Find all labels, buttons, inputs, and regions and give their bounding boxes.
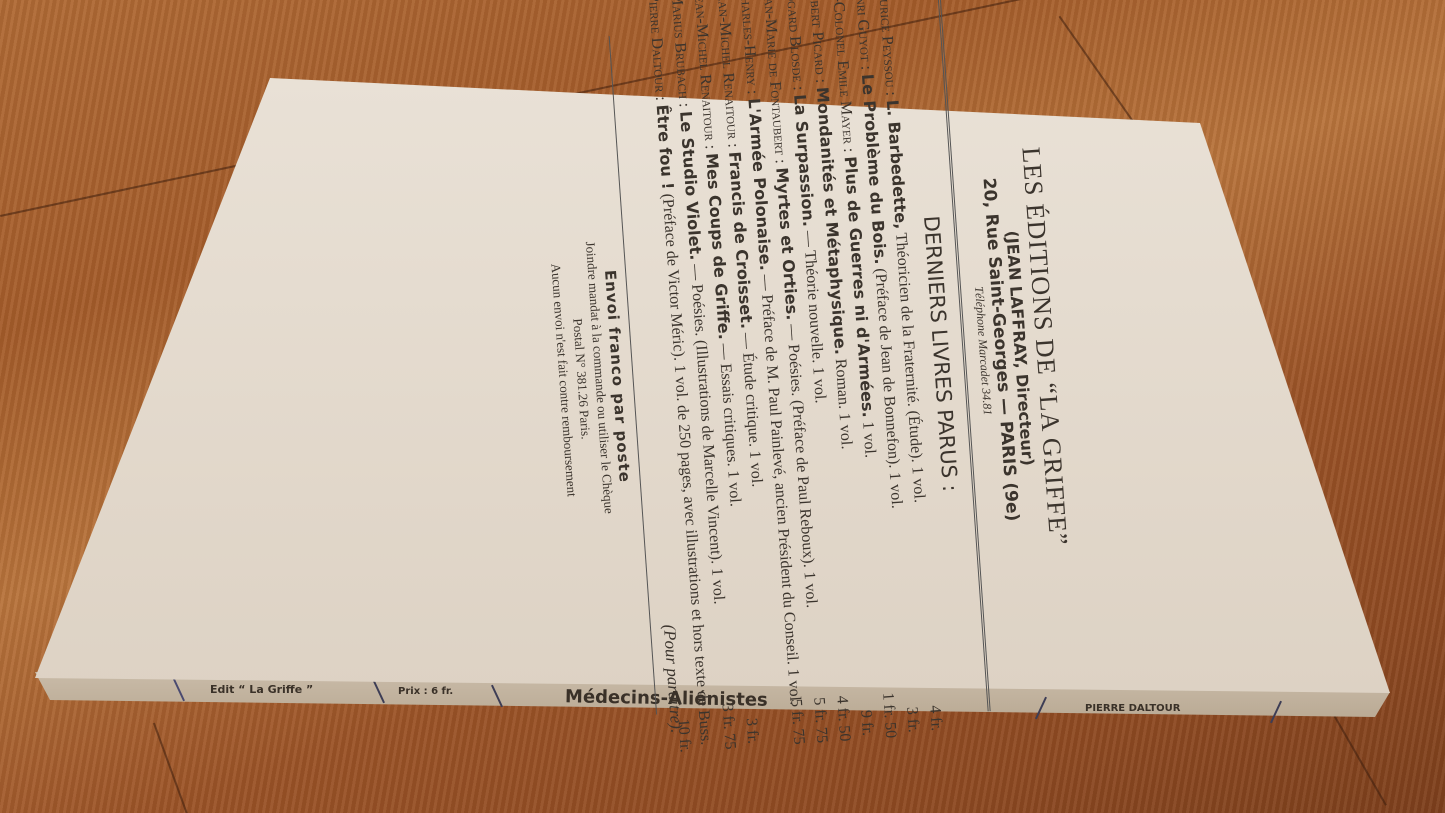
book-price: 3 fr. bbox=[902, 722, 924, 737]
book-price: 3 fr. bbox=[742, 733, 764, 748]
book-price: 1 fr. 50 bbox=[878, 708, 901, 739]
book-price: 4 fr. 50 bbox=[832, 711, 855, 742]
book-price: 3 fr. 75 bbox=[718, 719, 741, 750]
book-author: Charles-Henry : bbox=[737, 0, 762, 95]
book-description: Roman. 1 vol. bbox=[832, 358, 855, 450]
book-author: Edgard Blosde : bbox=[782, 0, 806, 91]
book-price: 5 fr. 75 bbox=[809, 713, 832, 744]
spine-price: Prix : 6 fr. bbox=[398, 686, 453, 697]
book-author: Henri Guyot : bbox=[851, 0, 874, 71]
spine-author: PIERRE DALTOUR bbox=[1085, 703, 1181, 714]
book-author: Robert Picard : bbox=[805, 0, 829, 84]
book-price: 10 fr. bbox=[674, 734, 696, 753]
book-author: Pierre Daltour : bbox=[645, 0, 669, 101]
spine-publisher: Edit “ La Griffe ” bbox=[210, 683, 313, 696]
book-description: 1 vol. bbox=[859, 421, 879, 459]
book: Edit “ La Griffe ” Prix : 6 fr. Médecins… bbox=[0, 0, 1445, 813]
book-price: 5 fr. 75 bbox=[786, 714, 809, 745]
book-price: 9 fr. bbox=[856, 725, 878, 740]
cover-text-block: LES ÉDITIONS DE “LA GRIFFE” (JEAN LAFFRA… bbox=[474, 0, 1086, 764]
book-price: 4 fr. bbox=[925, 720, 947, 735]
